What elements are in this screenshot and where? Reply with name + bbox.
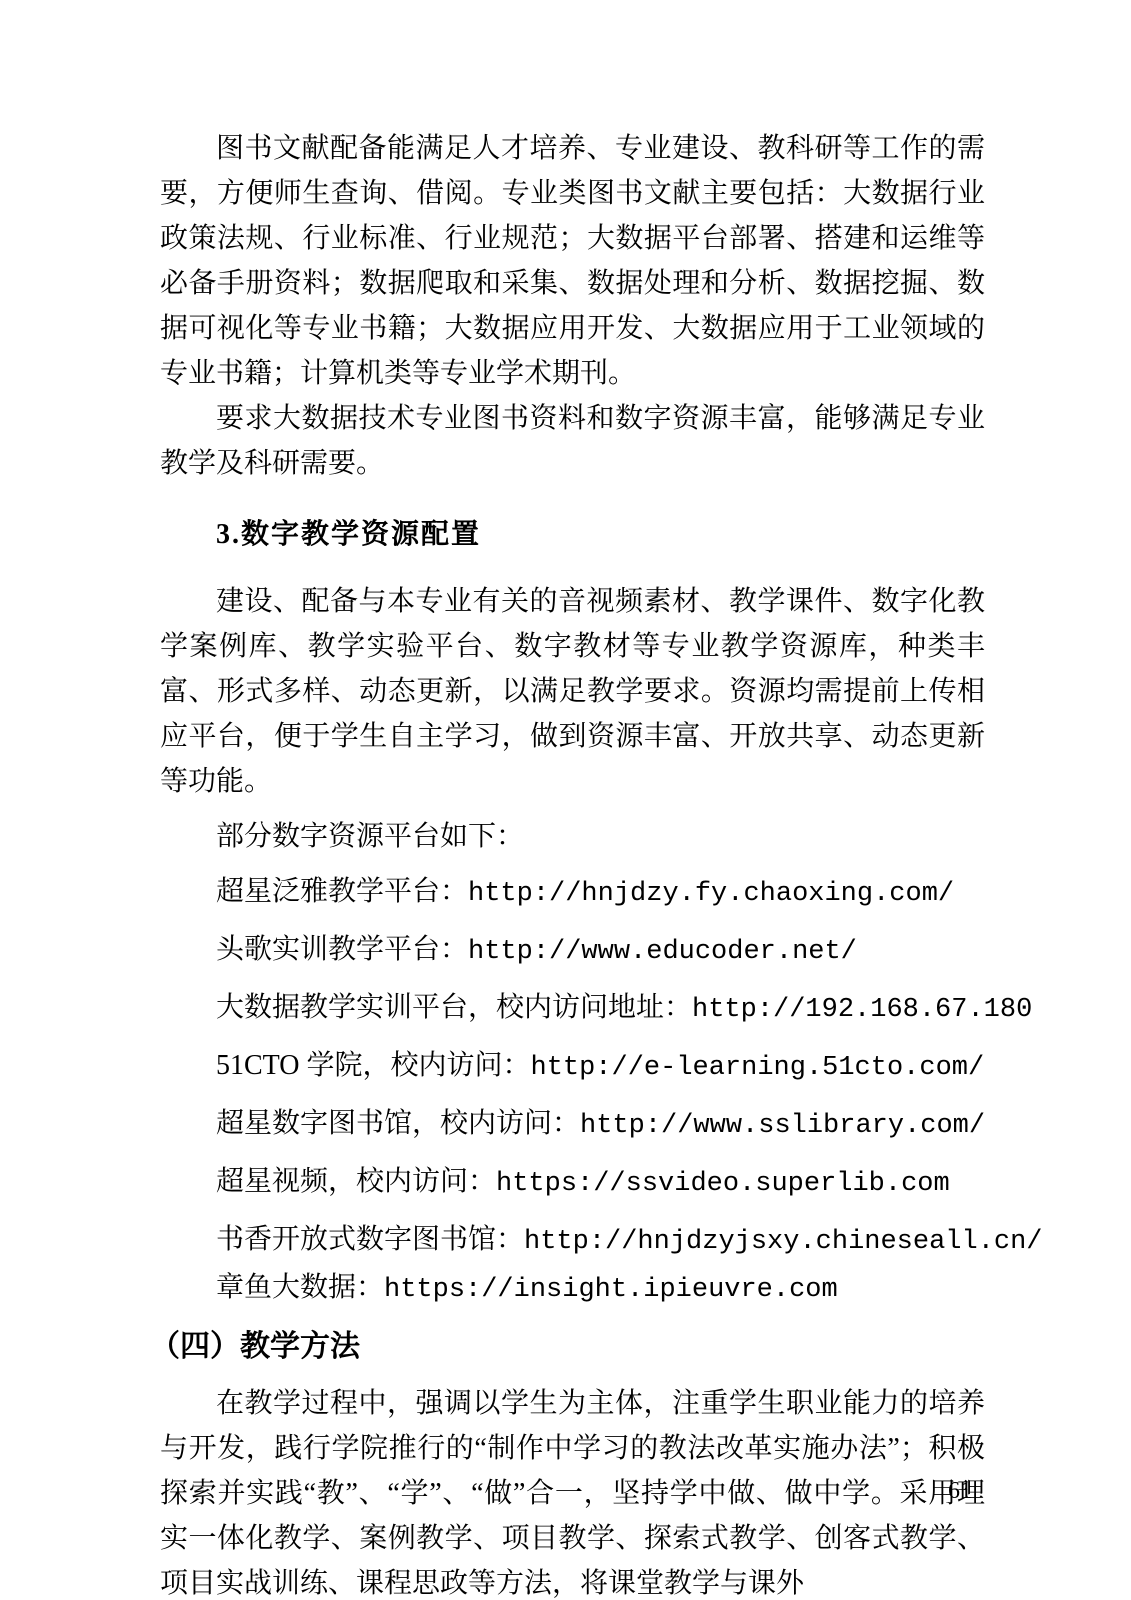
platform-label: 章鱼大数据： xyxy=(216,1272,384,1303)
platform-url: http://e-learning.51cto.com/ xyxy=(531,1053,985,1083)
document-page: 图书文献配备能满足人才培养、专业建设、教科研等工作的需要，方便师生查询、借阅。专… xyxy=(0,0,1131,1600)
platform-url: http://192.168.67.180 xyxy=(692,995,1032,1025)
platform-list-intro: 部分数字资源平台如下： xyxy=(160,814,985,859)
platform-url: https://ssvideo.superlib.com xyxy=(496,1169,950,1199)
platform-label: 超星泛雅教学平台： xyxy=(216,876,468,907)
platform-line-educoder: 头歌实训教学平台：http://www.educoder.net/ xyxy=(160,927,985,975)
paragraph-library-requirement: 要求大数据技术专业图书资料和数字资源丰富，能够满足专业教学及科研需要。 xyxy=(160,396,985,486)
platform-line-chineseall: 书香开放式数字图书馆：http://hnjdzyjsxy.chineseall.… xyxy=(160,1217,985,1265)
platform-line-bigdata-training: 大数据教学实训平台，校内访问地址：http://192.168.67.180 xyxy=(160,985,985,1033)
platform-label: 大数据教学实训平台，校内访问地址： xyxy=(216,992,692,1023)
platform-line-sslibrary: 超星数字图书馆，校内访问：http://www.sslibrary.com/ xyxy=(160,1101,985,1149)
platform-label: 头歌实训教学平台： xyxy=(216,934,468,965)
platform-line-chaoxing-fanya: 超星泛雅教学平台：http://hnjdzy.fy.chaoxing.com/ xyxy=(160,869,985,917)
platform-url: https://insight.ipieuvre.com xyxy=(384,1275,838,1305)
paragraph-digital-resources-intro: 建设、配备与本专业有关的音视频素材、教学课件、数字化教学案例库、教学实验平台、数… xyxy=(160,579,985,804)
platform-line-ipieuvre: 章鱼大数据：https://insight.ipieuvre.com xyxy=(160,1265,985,1313)
paragraph-library-resources: 图书文献配备能满足人才培养、专业建设、教科研等工作的需要，方便师生查询、借阅。专… xyxy=(160,126,985,396)
platform-url: http://hnjdzyjsxy.chineseall.cn/ xyxy=(524,1227,1042,1257)
platform-label: 超星数字图书馆，校内访问： xyxy=(216,1108,580,1139)
page-number: 61 xyxy=(948,1478,972,1505)
paragraph-teaching-methods: 在教学过程中，强调以学生为主体，注重学生职业能力的培养与开发，践行学院推行的“制… xyxy=(160,1381,985,1600)
heading-digital-teaching-resources: 3.数字教学资源配置 xyxy=(160,512,985,557)
platform-line-51cto: 51CTO 学院，校内访问：http://e-learning.51cto.co… xyxy=(160,1043,985,1091)
document-content: 图书文献配备能满足人才培养、专业建设、教科研等工作的需要，方便师生查询、借阅。专… xyxy=(160,126,985,1600)
platform-line-ssvideo: 超星视频，校内访问：https://ssvideo.superlib.com xyxy=(160,1159,985,1207)
platform-label: 51CTO 学院，校内访问： xyxy=(216,1050,531,1081)
platform-url: http://www.educoder.net/ xyxy=(468,937,857,967)
platform-label: 书香开放式数字图书馆： xyxy=(216,1224,524,1255)
platform-url: http://www.sslibrary.com/ xyxy=(580,1111,985,1141)
heading-teaching-methods: （四）教学方法 xyxy=(150,1323,985,1371)
platform-label: 超星视频，校内访问： xyxy=(216,1166,496,1197)
platform-url: http://hnjdzy.fy.chaoxing.com/ xyxy=(468,879,954,909)
